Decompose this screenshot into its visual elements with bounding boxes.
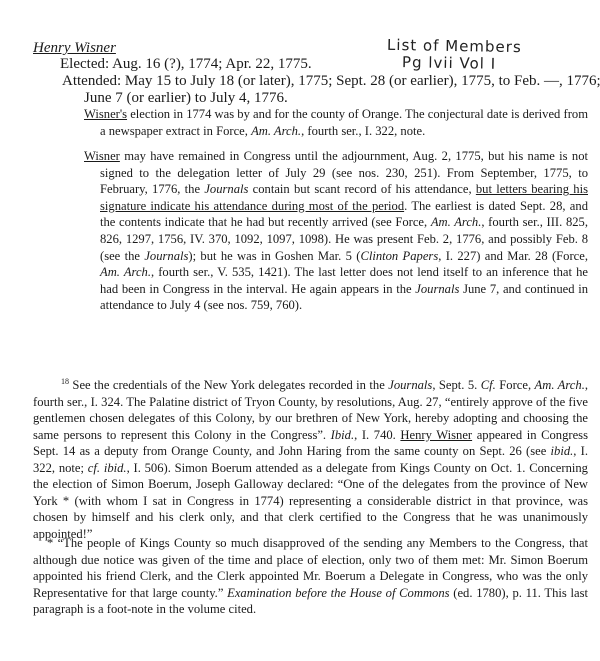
underlined-text: Wisner bbox=[84, 149, 120, 163]
footnote-asterisk: * “The people of Kings County so much di… bbox=[33, 535, 588, 618]
footnote-marker: 18 bbox=[61, 377, 69, 386]
attended-line: Attended: May 15 to July 18 (or later), … bbox=[62, 73, 600, 107]
footnote-18: 18 See the credentials of the New York d… bbox=[33, 374, 588, 542]
handwritten-annotation-line2: Pg lvii Vol I bbox=[402, 54, 496, 72]
paragraph-election: Wisner's election in 1774 was by and for… bbox=[84, 106, 588, 139]
underlined-text: Henry Wisner bbox=[400, 428, 472, 442]
attended-label: Attended: bbox=[62, 73, 121, 89]
elected-line: Elected: Aug. 16 (?), 1774; Apr. 22, 177… bbox=[60, 56, 312, 73]
elected-value: Aug. 16 (?), 1774; Apr. 22, 1775. bbox=[112, 56, 312, 72]
underlined-text: Wisner's bbox=[84, 107, 127, 121]
paragraph-attendance: Wisner may have remained in Congress unt… bbox=[84, 148, 588, 314]
attended-value: May 15 to July 18 (or later), 1775; Sept… bbox=[84, 73, 600, 106]
entry-heading: Henry Wisner bbox=[33, 40, 116, 57]
elected-label: Elected: bbox=[60, 56, 109, 72]
